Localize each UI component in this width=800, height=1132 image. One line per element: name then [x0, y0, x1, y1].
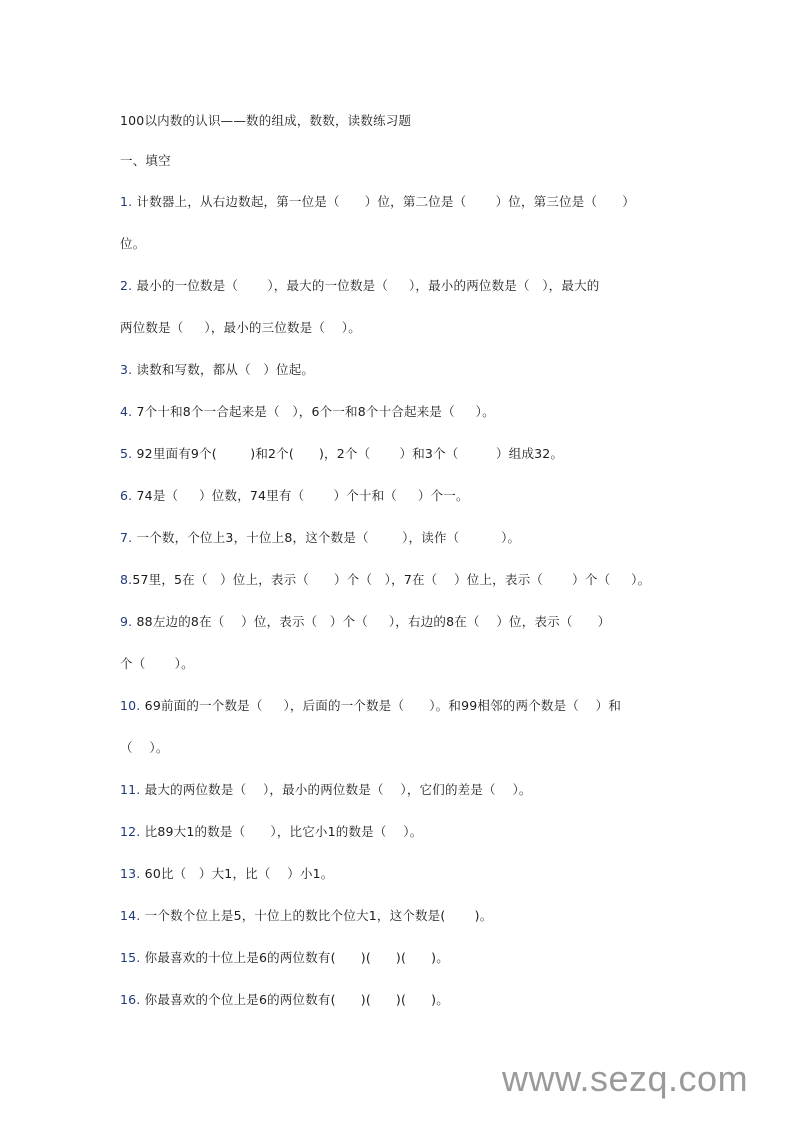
question-text: 计数器上，从右边数起，第一位是（ ）位，第二位是（ ）位，第三位是（ ）: [137, 194, 635, 209]
question-text: 你最喜欢的十位上是6的两位数有( )( )( )。: [145, 950, 449, 965]
question-text: 57里，5在（ ）位上，表示（ ）个（ ），7在（ ）位上，表示（ ）个（ ）。: [132, 572, 650, 587]
question-number: 3.: [120, 362, 132, 377]
question-1-line-2: 位。: [120, 236, 145, 252]
question-6: 6. 74是（ ）位数，74里有（ ）个十和（ ）个一。: [120, 488, 469, 504]
question-number: 12.: [120, 824, 140, 839]
question-7: 7. 一个数，个位上3，十位上8，这个数是（ ），读作（ ）。: [120, 530, 520, 546]
question-text: 92里面有9个( )和2个( )，2个（ ）和3个（ ）组成32。: [137, 446, 564, 461]
question-text: 69前面的一个数是（ ），后面的一个数是（ ）。和99相邻的两个数是（ ）和: [145, 698, 621, 713]
question-12: 12. 比89大1的数是（ ），比它小1的数是（ ）。: [120, 824, 422, 840]
question-number: 10.: [120, 698, 140, 713]
question-9-line-1: 9. 88左边的8在（ ）位，表示（ ）个（ ），右边的8在（ ）位，表示（ ）: [120, 614, 610, 630]
question-number: 4.: [120, 404, 132, 419]
question-number: 14.: [120, 908, 140, 923]
watermark-text: www.sezq.com: [502, 1058, 748, 1100]
question-number: 6.: [120, 488, 132, 503]
question-number: 7.: [120, 530, 132, 545]
question-text: 读数和写数，都从（ ）位起。: [137, 362, 315, 377]
question-number: 8.: [120, 572, 132, 587]
document-page: 100以内数的认识——数的组成，数数，读数练习题 一、填空 1. 计数器上，从右…: [0, 0, 800, 1132]
question-3: 3. 读数和写数，都从（ ）位起。: [120, 362, 314, 378]
question-13: 13. 60比（ ）大1，比（ ）小1。: [120, 866, 334, 882]
question-14: 14. 一个数个位上是5，十位上的数比个位大1，这个数是( )。: [120, 908, 492, 924]
question-5: 5. 92里面有9个( )和2个( )，2个（ ）和3个（ ）组成32。: [120, 446, 563, 462]
question-number: 5.: [120, 446, 132, 461]
question-4: 4. 7个十和8个一合起来是（ ），6个一和8个十合起来是（ ）。: [120, 404, 495, 420]
question-number: 16.: [120, 992, 140, 1007]
question-text: 60比（ ）大1，比（ ）小1。: [145, 866, 334, 881]
question-2-line-2: 两位数是（ ），最小的三位数是（ ）。: [120, 320, 361, 336]
question-text: 74是（ ）位数，74里有（ ）个十和（ ）个一。: [137, 488, 469, 503]
question-1-line-1: 1. 计数器上，从右边数起，第一位是（ ）位，第二位是（ ）位，第三位是（ ）: [120, 194, 635, 210]
question-10-line-1: 10. 69前面的一个数是（ ），后面的一个数是（ ）。和99相邻的两个数是（ …: [120, 698, 621, 714]
question-2-line-1: 2. 最小的一位数是（ ），最大的一位数是（ ），最小的两位数是（ ），最大的: [120, 278, 599, 294]
question-11: 11. 最大的两位数是（ ），最小的两位数是（ ），它们的差是（ ）。: [120, 782, 532, 798]
question-16: 16. 你最喜欢的个位上是6的两位数有( )( )( )。: [120, 992, 449, 1008]
question-number: 11.: [120, 782, 140, 797]
question-10-line-2: （ ）。: [120, 740, 169, 756]
question-8: 8.57里，5在（ ）位上，表示（ ）个（ ），7在（ ）位上，表示（ ）个（ …: [120, 572, 650, 588]
question-text: 位。: [120, 236, 145, 251]
question-15: 15. 你最喜欢的十位上是6的两位数有( )( )( )。: [120, 950, 449, 966]
question-text: 最大的两位数是（ ），最小的两位数是（ ），它们的差是（ ）。: [145, 782, 532, 797]
question-text: 最小的一位数是（ ），最大的一位数是（ ），最小的两位数是（ ），最大的: [137, 278, 600, 293]
question-number: 13.: [120, 866, 140, 881]
question-number: 15.: [120, 950, 140, 965]
question-text: 个（ ）。: [120, 656, 194, 671]
question-text: （ ）。: [120, 740, 169, 755]
question-text: 7个十和8个一合起来是（ ），6个一和8个十合起来是（ ）。: [137, 404, 495, 419]
question-text: 88左边的8在（ ）位，表示（ ）个（ ），右边的8在（ ）位，表示（ ）: [137, 614, 611, 629]
question-number: 1.: [120, 194, 132, 209]
question-9-line-2: 个（ ）。: [120, 656, 194, 672]
question-text: 比89大1的数是（ ），比它小1的数是（ ）。: [145, 824, 423, 839]
document-title: 100以内数的认识——数的组成，数数，读数练习题: [120, 113, 411, 129]
question-number: 9.: [120, 614, 132, 629]
question-text: 一个数个位上是5，十位上的数比个位大1，这个数是( )。: [145, 908, 493, 923]
question-number: 2.: [120, 278, 132, 293]
question-text: 一个数，个位上3，十位上8，这个数是（ ），读作（ ）。: [137, 530, 521, 545]
question-text: 两位数是（ ），最小的三位数是（ ）。: [120, 320, 361, 335]
section-heading-fill-in-blanks: 一、填空: [120, 153, 171, 169]
question-text: 你最喜欢的个位上是6的两位数有( )( )( )。: [145, 992, 449, 1007]
